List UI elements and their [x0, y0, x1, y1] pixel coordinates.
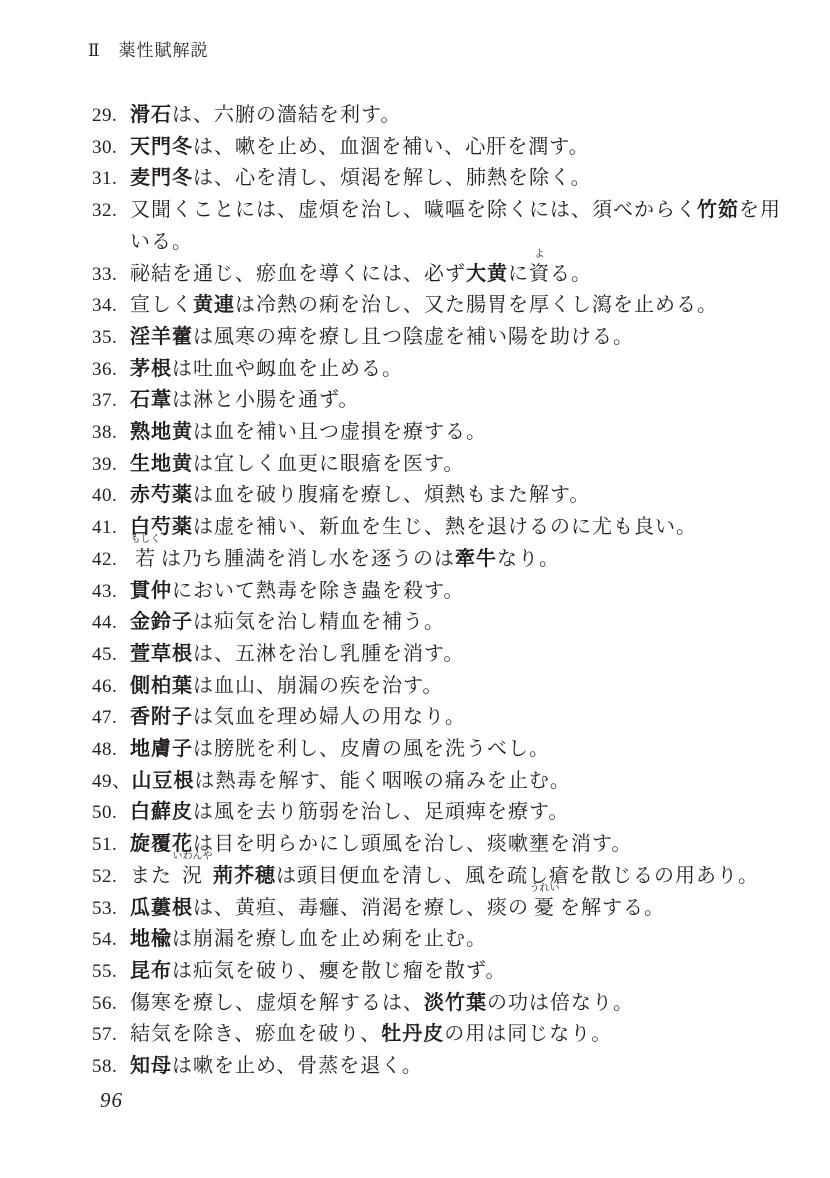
item-number: 45.: [92, 639, 130, 671]
list-item: 41.白芍薬は虚を補い、新血を生じ、熱を退けるのに尤も良い。: [92, 512, 792, 544]
item-text-segment: は熱毒を解す、能く咽喉の痛みを止む。: [195, 770, 571, 792]
list-item: 29.滑石は、六腑の濇結を利す。: [92, 100, 792, 132]
item-number: 51.: [92, 829, 130, 861]
item-list: 29.滑石は、六腑の濇結を利す。30.天門冬は、嗽を止め、血涸を補い、心肝を潤す…: [92, 100, 792, 1083]
list-item: 36.茅根は吐血や衂血を止める。: [92, 354, 792, 386]
item-text: 白芍薬は虚を補い、新血を生じ、熱を退けるのに尤も良い。: [130, 512, 792, 544]
list-item: 47.香附子は気血を理め婦人の用なり。: [92, 702, 792, 734]
item-text: 傷寒を療し、虚煩を解するは、淡竹葉の功は倍なり。: [130, 988, 792, 1020]
item-number: 42.: [92, 544, 130, 576]
item-number: 53.: [92, 893, 130, 925]
item-text: 結気を除き、瘀血を破り、牡丹皮の用は同じなり。: [130, 1019, 792, 1051]
list-item: 32.又聞くことには、虚煩を治し、噦嘔を除くには、須べからく竹筎を用いる。: [92, 195, 792, 258]
item-text-segment: は頭目便血を清し、風を疏し瘡を散じるの用あり。: [276, 865, 759, 887]
item-text: 若もしくは乃ち腫満を消し水を逐うのは牽牛なり。: [130, 544, 792, 576]
herb-name: 赤芍薬: [130, 484, 193, 506]
herb-name: 淡竹葉: [424, 992, 487, 1014]
list-item: 33.祕結を通じ、瘀血を導くには、必ず大黄に資よる。: [92, 259, 792, 291]
list-item: 43.貫仲において熱毒を除き蟲を殺す。: [92, 576, 792, 608]
herb-name: 金鈴子: [130, 611, 193, 633]
item-text: 茅根は吐血や衂血を止める。: [130, 354, 792, 386]
item-text-segment: は虚を補い、新血を生じ、熱を退けるのに尤も良い。: [193, 516, 697, 538]
item-number: 30.: [92, 132, 130, 164]
item-text: 旋覆花は目を明らかにし頭風を治し、痰嗽壅を消す。: [130, 829, 792, 861]
list-item: 50.白蘚皮は風を去り筋弱を治し、足頑痺を療す。: [92, 797, 792, 829]
list-item: 45.萱草根は、五淋を治し乳腫を消す。: [92, 639, 792, 671]
list-item: 42.若もしくは乃ち腫満を消し水を逐うのは牽牛なり。: [92, 544, 792, 576]
item-text-segment: は嗽を止め、骨蒸を退く。: [172, 1055, 423, 1077]
herb-name: 瓜蔞根: [130, 897, 193, 919]
herb-name: 大黄: [466, 263, 508, 285]
herb-name: 香附子: [130, 706, 193, 728]
item-number: 40.: [92, 480, 130, 512]
list-item: 56.傷寒を療し、虚煩を解するは、淡竹葉の功は倍なり。: [92, 988, 792, 1020]
herb-name: 貫仲: [130, 580, 172, 602]
list-item: 49、山豆根は熱毒を解す、能く咽喉の痛みを止む。: [92, 766, 792, 798]
item-text-segment: は疝気を治し精血を補う。: [193, 611, 445, 633]
item-text-segment: は、黄疸、毒癰、消渇を療し、痰の: [193, 897, 529, 919]
list-item: 35.淫羊藿は風寒の痺を療し且つ陰虚を補い陽を助ける。: [92, 322, 792, 354]
item-number: 44.: [92, 607, 130, 639]
list-item: 38.熟地黄は血を補い且つ虚損を療する。: [92, 417, 792, 449]
item-number: 37.: [92, 385, 130, 417]
item-text: 萱草根は、五淋を治し乳腫を消す。: [130, 639, 792, 671]
item-number: 57.: [92, 1019, 130, 1051]
item-number: 58.: [92, 1051, 130, 1083]
list-item: 39.生地黄は宜しく血更に眼瘡を医す。: [92, 449, 792, 481]
item-text-segment: において熱毒を除き蟲を殺す。: [172, 580, 464, 602]
item-text-segment: また: [130, 865, 172, 887]
item-text: 香附子は気血を理め婦人の用なり。: [130, 702, 792, 734]
list-item: 53.瓜蔞根は、黄疸、毒癰、消渇を療し、痰の憂うれいを解する。: [92, 893, 792, 925]
item-text-segment: を用: [739, 199, 781, 221]
list-item: 31.麦門冬は、心を清し、煩渇を解し、肺熱を除く。: [92, 163, 792, 195]
ruby-term: 況いわんや: [182, 861, 203, 893]
herb-name: 滑石: [130, 104, 172, 126]
item-text-segment: 祕結を通じ、瘀血を導くには、必ず: [130, 263, 466, 285]
herb-name: 昆布: [130, 960, 172, 982]
ruby-term: 若もしく: [135, 544, 156, 576]
item-text-segment: 傷寒を療し、虚煩を解するは、: [130, 992, 424, 1014]
herb-name: 熟地黄: [130, 421, 193, 443]
item-number: 41.: [92, 512, 130, 544]
item-number: 48.: [92, 734, 130, 766]
item-text: 麦門冬は、心を清し、煩渇を解し、肺熱を除く。: [130, 163, 792, 195]
item-text-segment: る。: [550, 263, 592, 285]
herb-name: 地楡: [130, 928, 172, 950]
book-page: Ⅱ 薬性賦解説 29.滑石は、六腑の濇結を利す。30.天門冬は、嗽を止め、血涸を…: [0, 0, 830, 1178]
item-number: 29.: [92, 100, 130, 132]
list-item: 37.石葦は淋と小腸を通ず。: [92, 385, 792, 417]
item-text-segment: は疝気を破り、癭を散じ瘤を散ず。: [172, 960, 506, 982]
item-text: 生地黄は宜しく血更に眼瘡を医す。: [130, 449, 792, 481]
item-text: 石葦は淋と小腸を通ず。: [130, 385, 792, 417]
list-item: 54.地楡は崩漏を療し血を止め痢を止む。: [92, 924, 792, 956]
list-item: 58.知母は嗽を止め、骨蒸を退く。: [92, 1051, 792, 1083]
item-text-segment: の用は同じなり。: [444, 1023, 612, 1045]
list-item: 30.天門冬は、嗽を止め、血涸を補い、心肝を潤す。: [92, 132, 792, 164]
item-text-segment: に: [508, 263, 529, 285]
herb-name: 荊芥穂: [213, 865, 276, 887]
item-number: 31.: [92, 163, 130, 195]
item-text-segment: 又聞くことには、虚煩を治し、噦嘔を除くには、須べからく: [130, 199, 697, 221]
item-number: 32.: [92, 195, 130, 227]
item-text-segment: は、五淋を治し乳腫を消す。: [193, 643, 464, 665]
herb-name: 側柏葉: [130, 675, 193, 697]
item-text-segment: は気血を理め婦人の用なり。: [193, 706, 466, 728]
item-text-segment: 結気を除き、瘀血を破り、: [130, 1023, 381, 1045]
item-text: 宣しく黄連は冷熱の痢を治し、又た腸胃を厚くし瀉を止める。: [130, 290, 792, 322]
item-text: 地楡は崩漏を療し血を止め痢を止む。: [130, 924, 792, 956]
furigana: うれい: [530, 884, 560, 894]
item-number: 56.: [92, 988, 130, 1020]
item-number: 33.: [92, 259, 130, 291]
herb-name: 萱草根: [130, 643, 193, 665]
list-item: 57.結気を除き、瘀血を破り、牡丹皮の用は同じなり。: [92, 1019, 792, 1051]
item-text: 山豆根は熱毒を解す、能く咽喉の痛みを止む。: [132, 766, 792, 798]
item-text: 天門冬は、嗽を止め、血涸を補い、心肝を潤す。: [130, 132, 792, 164]
herb-name: 竹筎: [697, 199, 739, 221]
item-text-segment: 宣しく: [130, 294, 193, 316]
item-text-segment: を解する。: [560, 897, 665, 919]
list-item: 55.昆布は疝気を破り、癭を散じ瘤を散ず。: [92, 956, 792, 988]
item-text: 貫仲において熱毒を除き蟲を殺す。: [130, 576, 792, 608]
herb-name: 麦門冬: [130, 167, 193, 189]
item-number: 46.: [92, 671, 130, 703]
item-text-segment: は吐血や衂血を止める。: [172, 358, 403, 380]
item-text-segment: いる。: [130, 231, 193, 253]
item-text-segment: なり。: [497, 548, 560, 570]
herb-name: 茅根: [130, 358, 172, 380]
item-number: 38.: [92, 417, 130, 449]
herb-name: 淫羊藿: [130, 326, 193, 348]
list-item: 52.また況いわんや荊芥穂は頭目便血を清し、風を疏し瘡を散じるの用あり。: [92, 861, 792, 893]
herb-name: 石葦: [130, 389, 172, 411]
item-number: 55.: [92, 956, 130, 988]
item-text: 瓜蔞根は、黄疸、毒癰、消渇を療し、痰の憂うれいを解する。: [130, 893, 792, 925]
furigana: いわんや: [173, 852, 213, 862]
item-text: 赤芍薬は血を破り腹痛を療し、煩熱もまた解す。: [130, 480, 792, 512]
item-text: 昆布は疝気を破り、癭を散じ瘤を散ず。: [130, 956, 792, 988]
herb-name: 山豆根: [132, 770, 195, 792]
chapter-header: Ⅱ 薬性賦解説: [88, 36, 209, 61]
item-text: 側柏葉は血山、崩漏の疾を治す。: [130, 671, 792, 703]
herb-name: 牡丹皮: [381, 1023, 444, 1045]
item-text-segment: は血山、崩漏の疾を治す。: [193, 675, 443, 697]
item-number: 36.: [92, 354, 130, 386]
item-text-segment: は冷熱の痢を治し、又た腸胃を厚くし瀉を止める。: [235, 294, 718, 316]
item-number: 39.: [92, 449, 130, 481]
item-text-segment: は血を補い且つ虚損を療する。: [193, 421, 487, 443]
item-text: 祕結を通じ、瘀血を導くには、必ず大黄に資よる。: [130, 259, 792, 291]
item-text-segment: の功は倍なり。: [487, 992, 634, 1014]
ruby-term: 憂うれい: [534, 893, 555, 925]
list-item: 40.赤芍薬は血を破り腹痛を療し、煩熱もまた解す。: [92, 480, 792, 512]
item-text: また況いわんや荊芥穂は頭目便血を清し、風を疏し瘡を散じるの用あり。: [130, 861, 792, 893]
list-item: 44.金鈴子は疝気を治し精血を補う。: [92, 607, 792, 639]
item-text: 滑石は、六腑の濇結を利す。: [130, 100, 792, 132]
page-number: 96: [100, 1088, 123, 1113]
item-text: 又聞くことには、虚煩を治し、噦嘔を除くには、須べからく竹筎を用いる。: [130, 195, 792, 258]
item-text: 熟地黄は血を補い且つ虚損を療する。: [130, 417, 792, 449]
item-text-segment: は、心を清し、煩渇を解し、肺熱を除く。: [193, 167, 592, 189]
item-text-segment: は淋と小腸を通ず。: [172, 389, 359, 411]
item-text-segment: は宜しく血更に眼瘡を医す。: [193, 453, 464, 475]
list-item: 48.地膚子は膀胱を利し、皮膚の風を洗うべし。: [92, 734, 792, 766]
item-number: 47.: [92, 702, 130, 734]
furigana: もしく: [131, 535, 161, 545]
item-text-segment: は血を破り腹痛を療し、煩熱もまた解す。: [193, 484, 590, 506]
item-text: 白蘚皮は風を去り筋弱を治し、足頑痺を療す。: [130, 797, 792, 829]
herb-name: 白蘚皮: [130, 801, 193, 823]
list-item: 46.側柏葉は血山、崩漏の疾を治す。: [92, 671, 792, 703]
item-number: 34.: [92, 290, 130, 322]
item-text-segment: は風を去り筋弱を治し、足頑痺を療す。: [193, 801, 569, 823]
item-number: 52.: [92, 861, 130, 893]
item-number: 43.: [92, 576, 130, 608]
item-text: 淫羊藿は風寒の痺を療し且つ陰虚を補い陽を助ける。: [130, 322, 792, 354]
item-text-segment: は目を明らかにし頭風を治し、痰嗽壅を消す。: [193, 833, 632, 855]
herb-name: 天門冬: [130, 136, 193, 158]
item-number: 54.: [92, 924, 130, 956]
herb-name: 知母: [130, 1055, 172, 1077]
item-number: 50.: [92, 797, 130, 829]
item-text: 知母は嗽を止め、骨蒸を退く。: [130, 1051, 792, 1083]
item-text-segment: は、嗽を止め、血涸を補い、心肝を潤す。: [193, 136, 590, 158]
ruby-term: 資よ: [529, 259, 550, 291]
item-text-segment: は風寒の痺を療し且つ陰虚を補い陽を助ける。: [193, 326, 634, 348]
item-number: 35.: [92, 322, 130, 354]
item-text-segment: は、六腑の濇結を利す。: [172, 104, 401, 126]
item-text: 金鈴子は疝気を治し精血を補う。: [130, 607, 792, 639]
item-text-segment: は膀胱を利し、皮膚の風を洗うべし。: [193, 738, 550, 760]
herb-name: 黄連: [193, 294, 235, 316]
item-text-segment: は崩漏を療し血を止め痢を止む。: [172, 928, 487, 950]
item-number: 49、: [92, 766, 132, 798]
herb-name: 牽牛: [455, 548, 497, 570]
item-text-segment: は乃ち腫満を消し水を逐うのは: [161, 548, 455, 570]
list-item: 34.宣しく黄連は冷熱の痢を治し、又た腸胃を厚くし瀉を止める。: [92, 290, 792, 322]
herb-name: 地膚子: [130, 738, 193, 760]
furigana: よ: [535, 250, 545, 260]
item-text: 地膚子は膀胱を利し、皮膚の風を洗うべし。: [130, 734, 792, 766]
herb-name: 生地黄: [130, 453, 193, 475]
